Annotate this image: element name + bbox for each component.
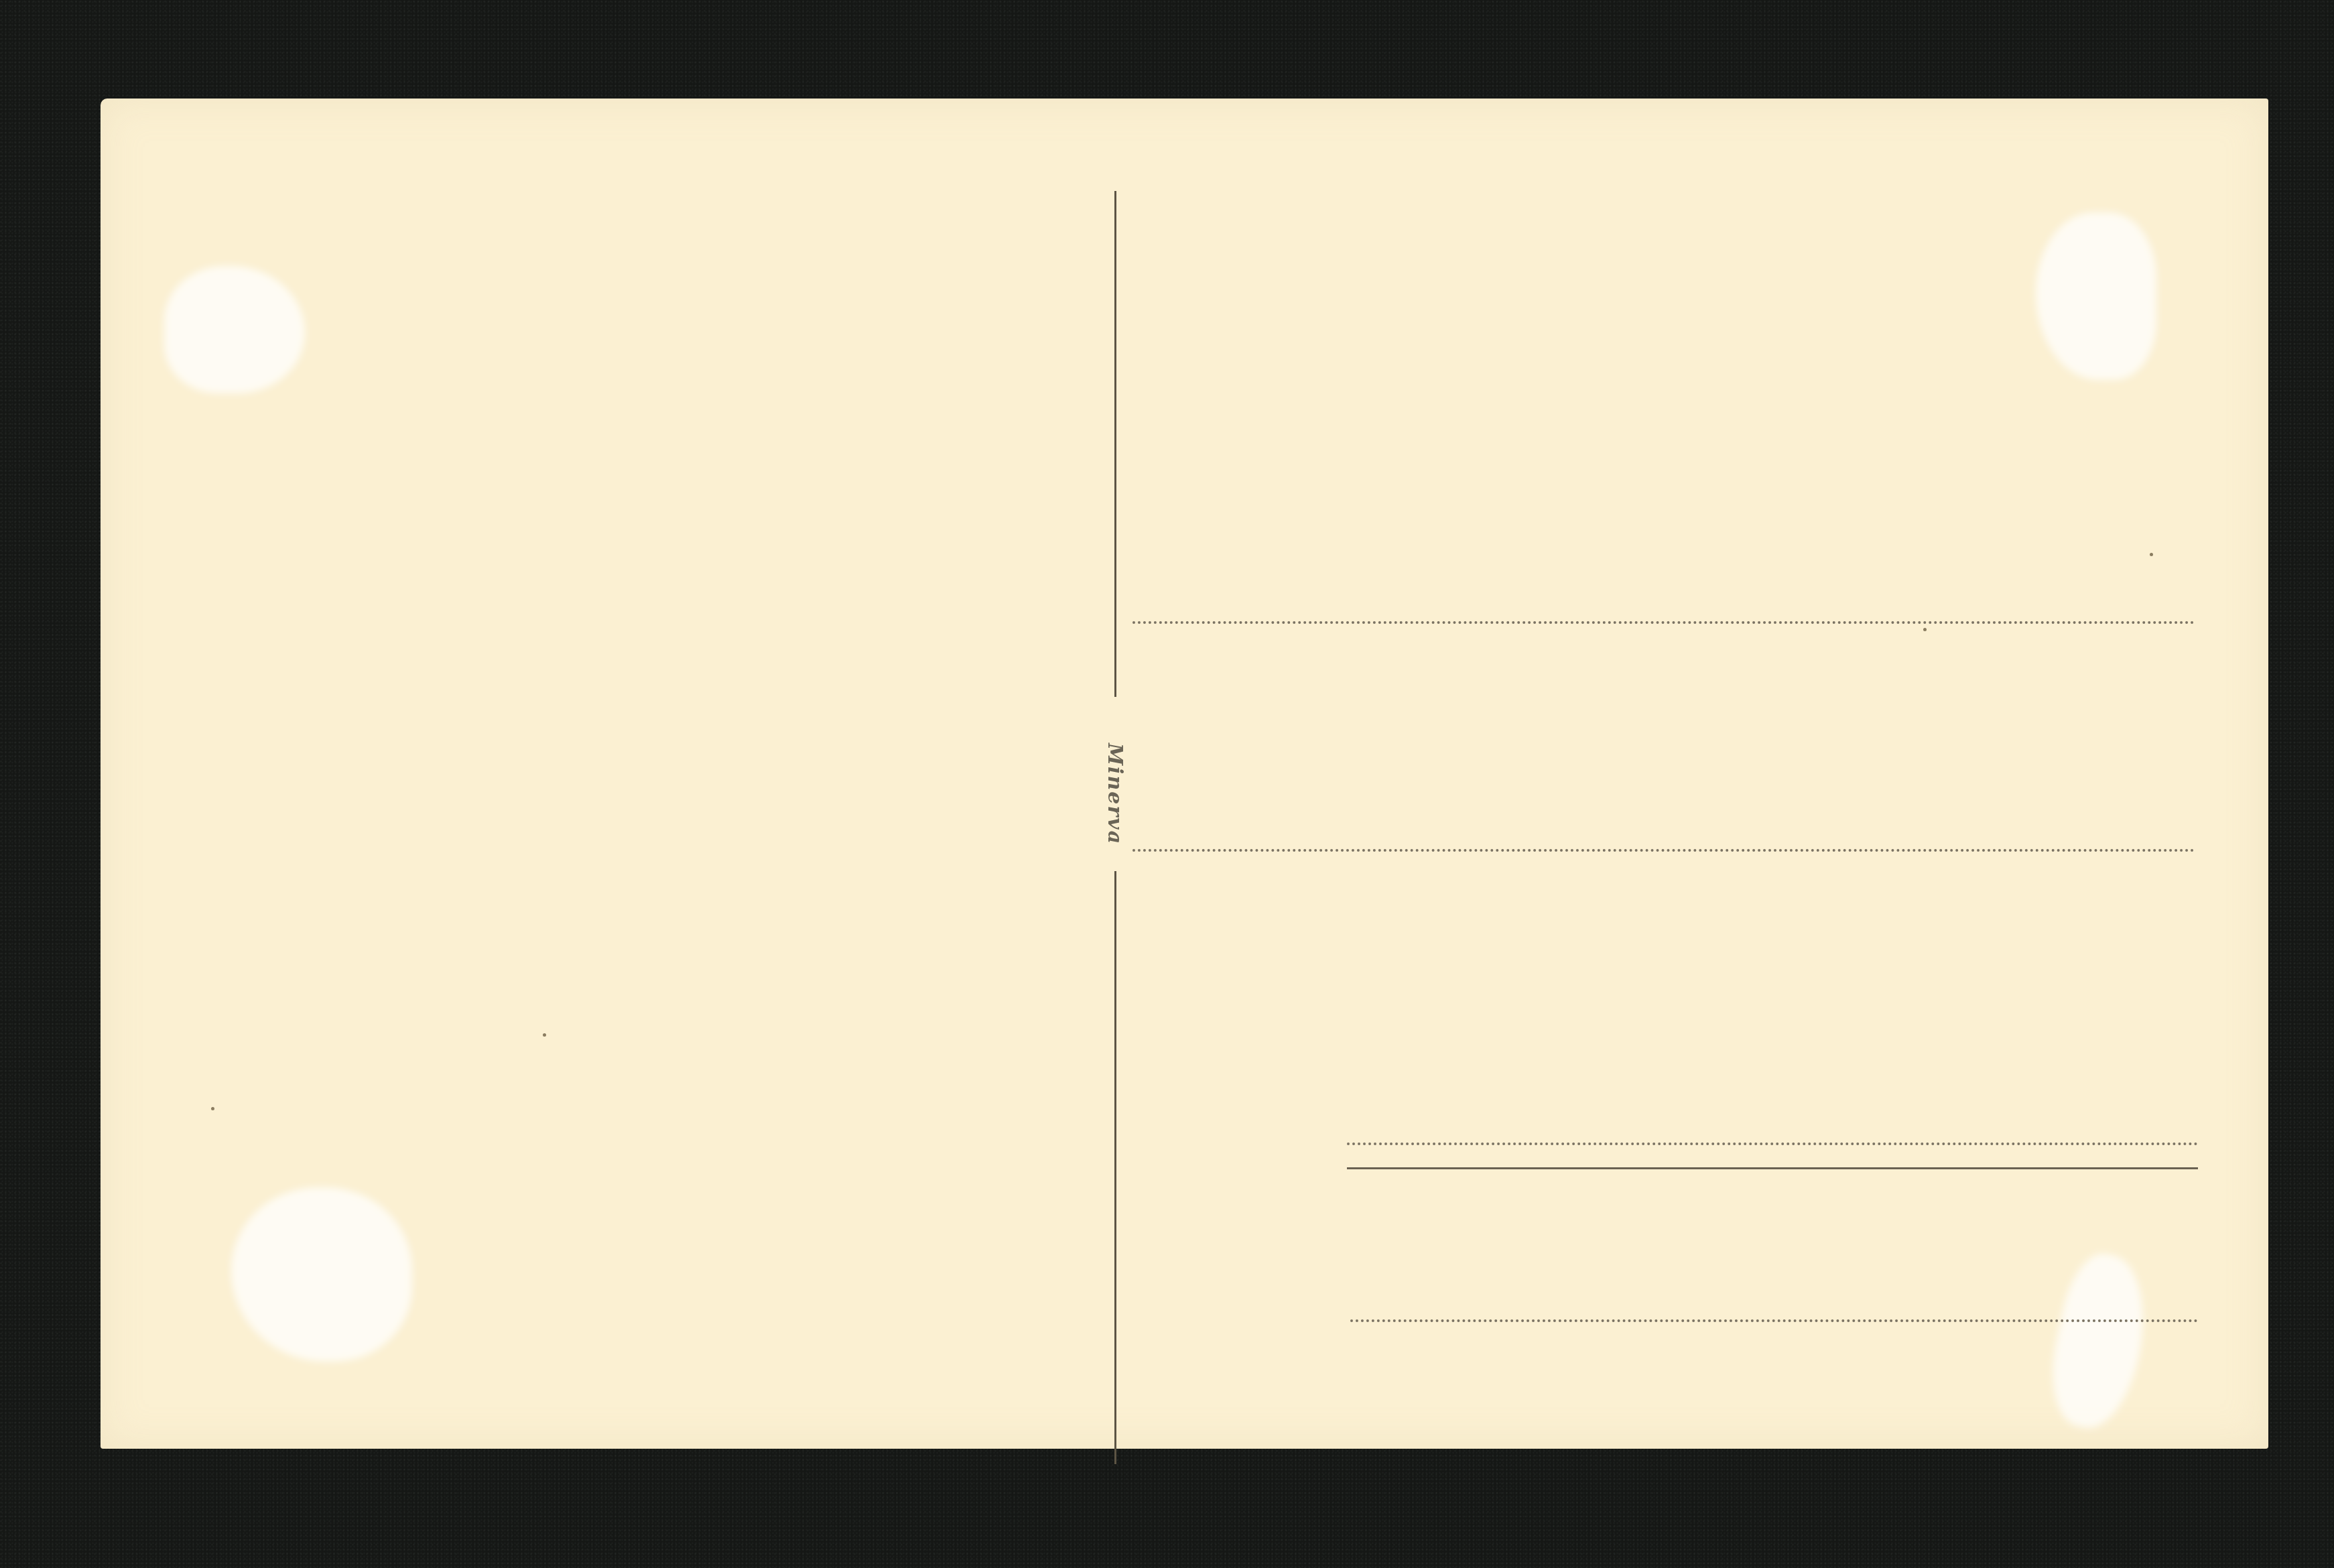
publisher-mark: Minerva xyxy=(1103,743,1126,845)
corner-mark-bottom-left xyxy=(231,1187,412,1362)
paper-speck xyxy=(1923,628,1927,631)
address-line-4 xyxy=(1350,1319,2198,1322)
address-line-2 xyxy=(1132,849,2195,852)
center-divider-lower xyxy=(1114,871,1116,1464)
postcard-back: Minerva xyxy=(101,99,2268,1449)
paper-speck xyxy=(211,1107,214,1110)
corner-mark-top-right xyxy=(2036,212,2156,380)
address-line-solid xyxy=(1347,1167,2198,1169)
address-line-3 xyxy=(1347,1142,2198,1145)
corner-mark-top-left xyxy=(164,266,305,393)
corner-mark-bottom-right xyxy=(2040,1248,2158,1435)
paper-speck xyxy=(543,1033,546,1037)
center-divider-upper xyxy=(1114,191,1116,697)
address-line-1 xyxy=(1132,621,2195,624)
paper-speck xyxy=(2150,553,2153,556)
